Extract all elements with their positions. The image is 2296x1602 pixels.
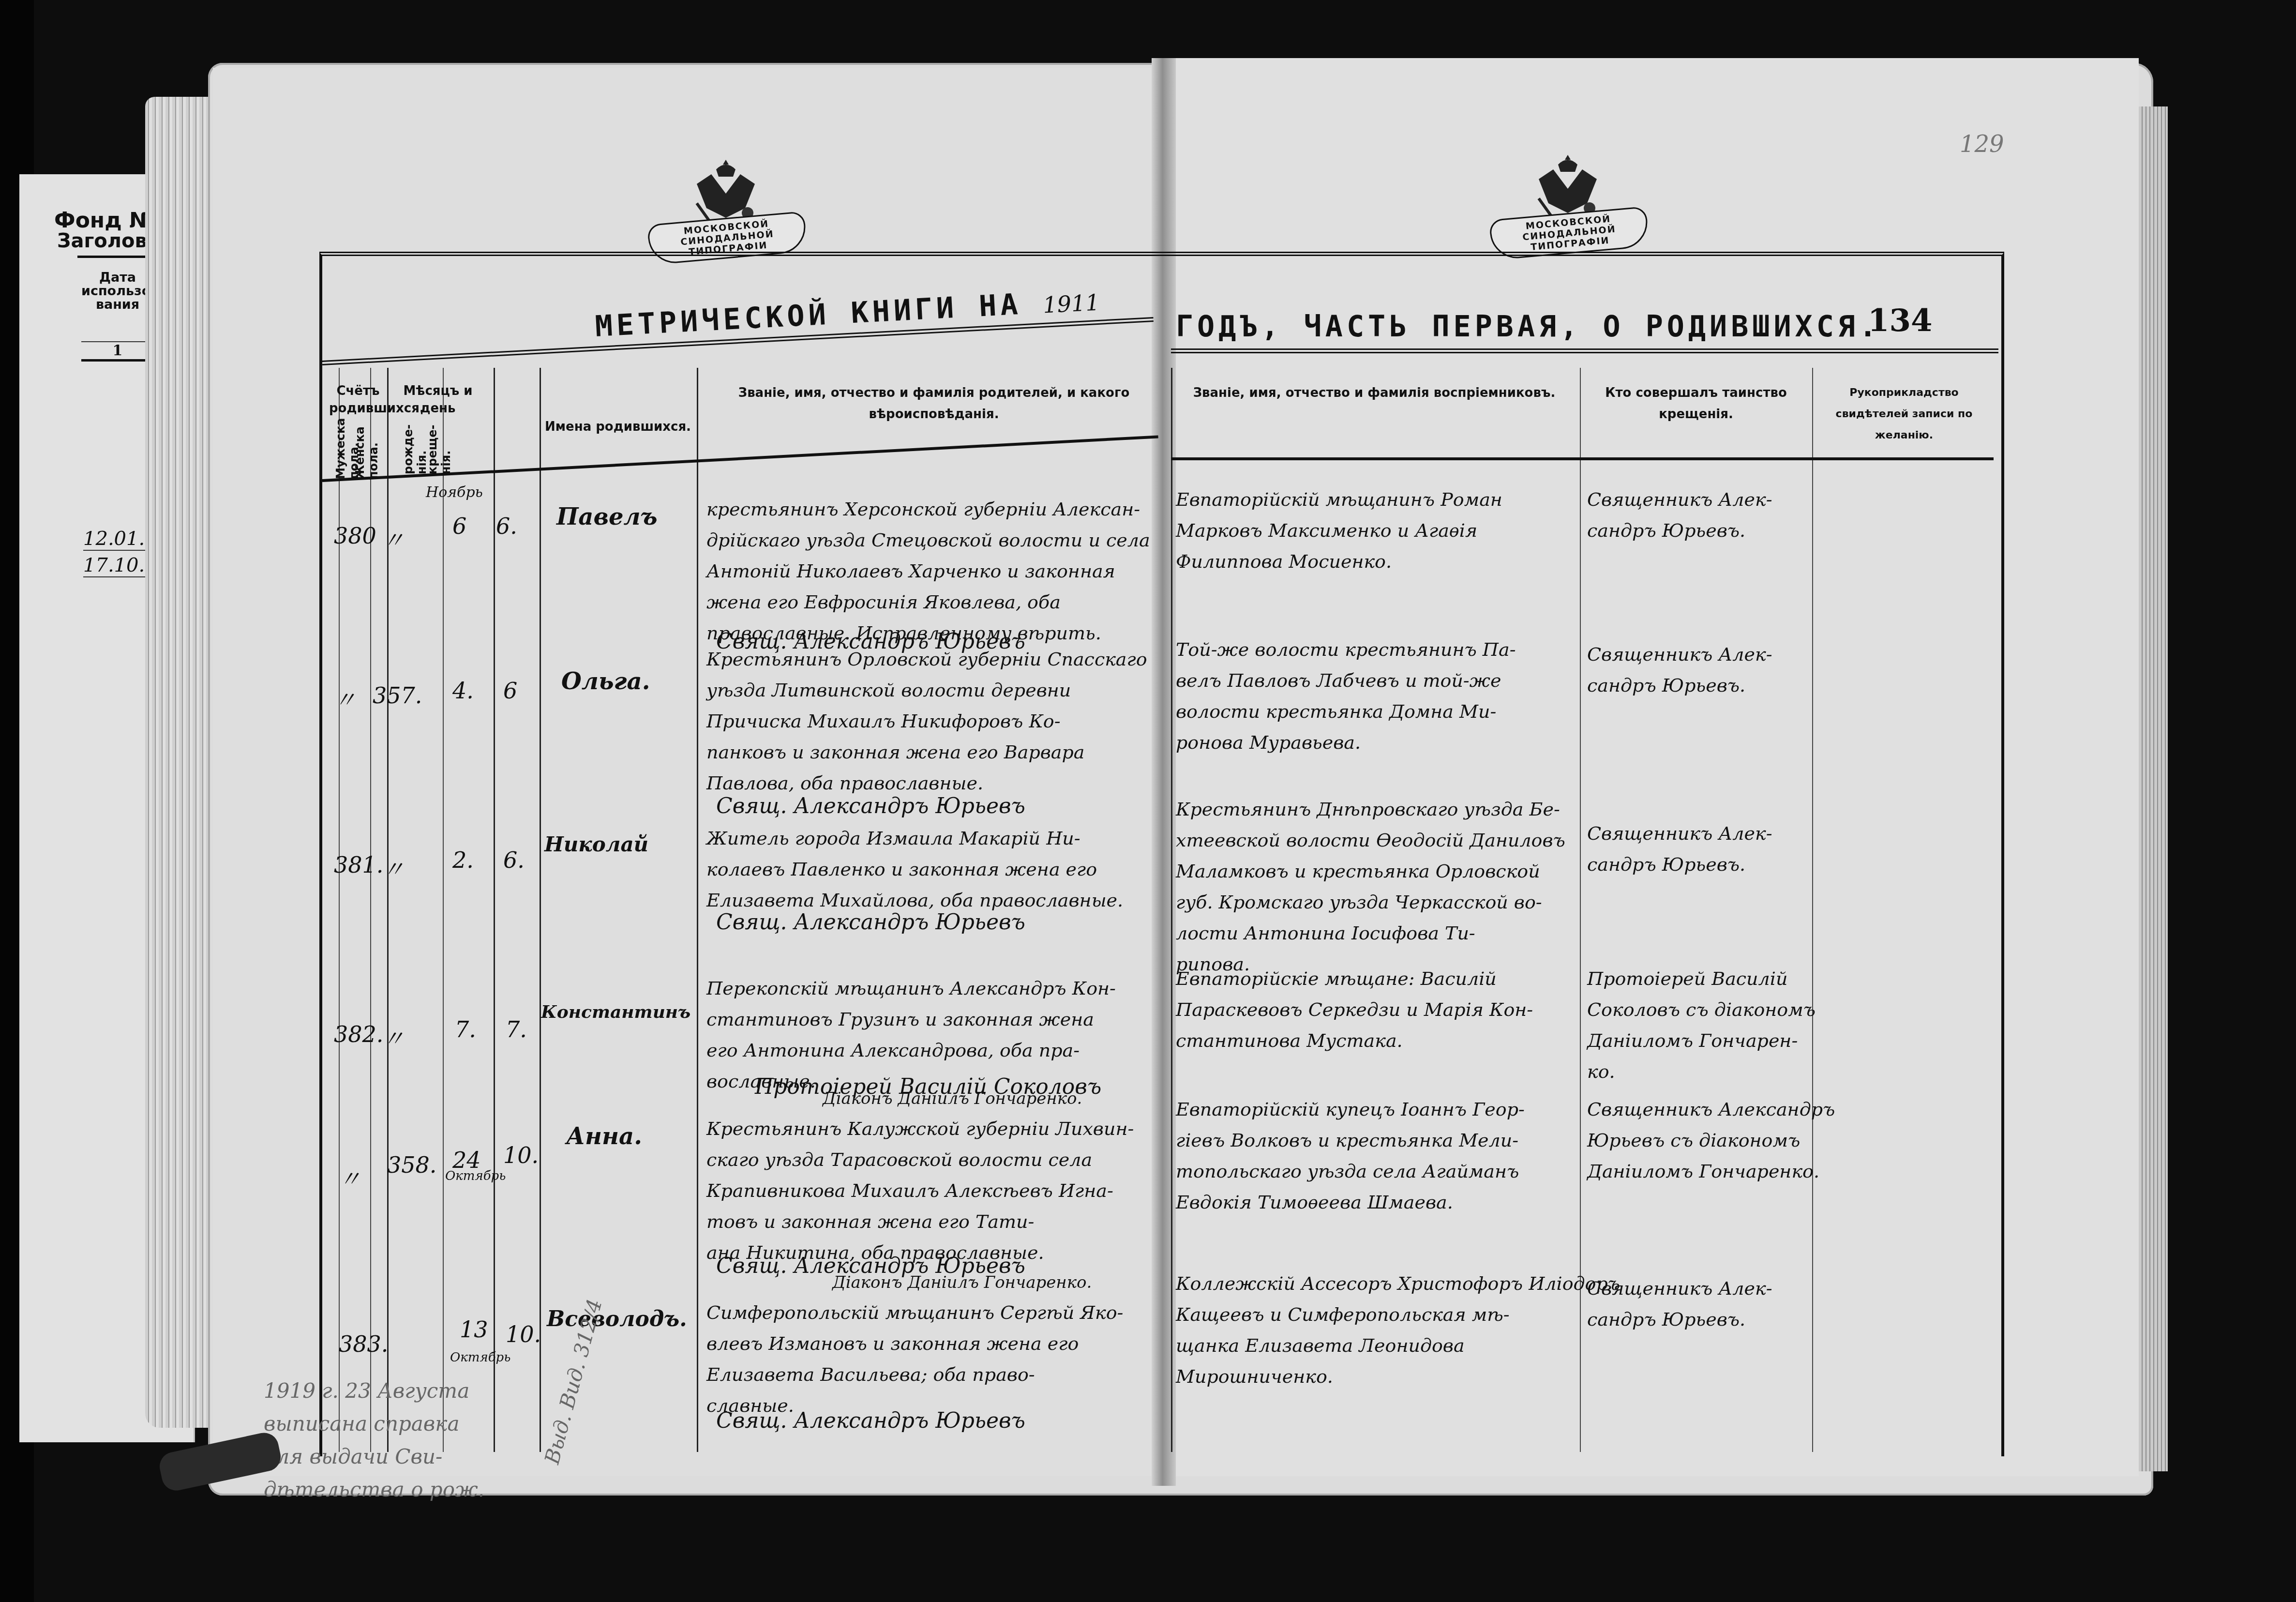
record-officiant: Священникъ Александръ Юрьевъ съ діаконом… [1587,1094,1835,1187]
record-officiant: Священникъ Алек- сандръ Юрьевъ. [1587,484,1772,546]
col-header-officiant: Кто совершалъ таинство крещенія. [1585,382,1807,425]
record-male-count: 383. [339,1331,388,1357]
col-line [1171,368,1172,1452]
record-signature: Свящ. Александръ Юрьевъ [716,910,1025,935]
record-month: Октябрь [450,1350,510,1365]
col-header-baptism: креще-нія. [426,426,453,474]
record-child-name: Ольга. [561,668,650,695]
record-female-count: 358. [387,1152,436,1178]
title-rule-right [1171,348,1998,353]
page-stack-right [2139,106,2168,1471]
record-female-count: 〃 [382,852,405,884]
record-birth-day: 13 [460,1316,488,1343]
record-deacon-signature: Діаконъ Даніилъ Гончаренко. [823,1089,1082,1108]
col-header-names: Имена родившихся. [543,416,693,438]
col-header-godparents: Званіе, имя, отчество и фамилія воспріем… [1181,382,1568,404]
record-godparents: Евпаторійскій купецъ Іоаннъ Геор- гіевъ … [1176,1094,1525,1218]
record-officiant: Священникъ Алек- сандръ Юрьевъ. [1587,1273,1772,1335]
record-month: Октябрь [445,1169,506,1183]
imperial-eagle-emblem-right: МОСКОВСКОЙ СИНОДАЛЬНОЙ ТИПОГРАФІИ [1490,140,1645,257]
col-header-count: Счётъ родившихся. [329,382,387,417]
page-number: 134 [1868,302,1933,339]
col-line [494,368,495,1452]
col-header-month-day: Мѣсяцъ и день [390,382,486,417]
year-field: 1911 [1042,289,1100,318]
record-child-name: Константинъ [541,1002,690,1022]
slip-usage-column-header: Дата использо-вания [81,271,154,312]
record-godparents: Той-же волости крестьянинъ Па- велъ Павл… [1176,634,1516,758]
col-line [443,368,444,1452]
record-officiant: Протоіерей Василій Соколовъ съ діакономъ… [1587,963,1816,1087]
record-month: Ноябрь [426,484,483,501]
imperial-eagle-emblem-left: МОСКОВСКОЙ СИНОДАЛЬНОЙ ТИПОГРАФІИ [648,145,803,261]
record-male-count: 382. [334,1021,383,1047]
record-female-count: 〃 [382,1021,405,1053]
slip-column-number: 1 [81,341,154,362]
record-child-name: Николай [544,832,648,856]
header-bottom-rule-right [1171,457,1994,460]
record-baptism-day: 6 [503,678,517,704]
record-signature: Свящ. Александръ Юрьевъ [716,794,1025,818]
col-line [1812,368,1813,1452]
record-parents: крестьянинъ Херсонской губерніи Алексан-… [706,494,1150,649]
col-header-parents: Званіе, имя, отчество и фамилія родителе… [702,382,1166,425]
record-female-count: 357. [373,682,422,709]
record-parents: Симферопольскій мѣщанинъ Сергѣй Яко- вле… [706,1297,1123,1421]
record-godparents: Евпаторійскіе мѣщане: Василій Параскевов… [1176,963,1533,1056]
slip-fond-label: Фонд № [54,208,155,233]
record-male-count: 〃 [339,1162,361,1194]
record-officiant: Священникъ Алек- сандръ Юрьевъ. [1587,818,1772,880]
record-baptism-day: 6. [503,847,525,873]
record-baptism-day: 7. [506,1016,527,1043]
margin-pencil-note: 1919 г. 23 Августа выписана справка для … [264,1375,484,1506]
record-signature: Свящ. Александръ Юрьевъ [716,1408,1025,1433]
col-header-birth: рожде-нія. [402,426,429,474]
col-line [697,368,698,1452]
record-birth-day: 7. [455,1016,476,1043]
record-birth-day: 6 [452,513,466,539]
folio-number: 129 [1960,131,2004,158]
record-deacon-signature: Діаконъ Даніилъ Гончаренко. [832,1273,1092,1292]
record-male-count: 380 [334,523,376,549]
record-godparents: Евпаторійскій мѣщанинъ Роман Марковъ Мак… [1176,484,1502,577]
record-parents: Житель города Измаила Макарій Ни- колаев… [706,823,1123,916]
record-child-name: Анна. [566,1123,642,1150]
record-male-count: 〃 [334,682,356,714]
record-officiant: Священникъ Алек- сандръ Юрьевъ. [1587,639,1772,701]
col-line [540,368,541,1452]
title-right: ГОДЪ, ЧАСТЬ ПЕРВАЯ, О РОДИВШИХСЯ. [1176,310,1880,344]
record-godparents: Коллежскій Ассесоръ Христофоръ Иліодоръ … [1176,1268,1620,1392]
record-male-count: 381. [334,852,383,878]
col-header-female: Женска пола. [353,426,380,479]
record-birth-day: 2. [452,847,474,873]
record-child-name: Павелъ [556,503,658,530]
record-female-count: 〃 [382,523,405,555]
record-baptism-day: 6. [496,513,517,539]
record-parents: Крестьянинъ Калужской губерніи Лихвин- с… [706,1113,1134,1268]
record-godparents: Крестьянинъ Днѣпровскаго уѣзда Бе- хтеев… [1176,794,1565,980]
record-baptism-day: 10. [503,1142,539,1168]
record-child-name: Всеволодъ. [547,1307,687,1331]
record-birth-day: 4. [452,678,474,704]
record-parents: Крестьянинъ Орловской губерніи Спасскаго… [706,644,1147,799]
col-header-signatures: Рукоприкладство свидѣтелей записи по жел… [1817,382,1991,446]
record-baptism-day: 10. [506,1321,541,1347]
